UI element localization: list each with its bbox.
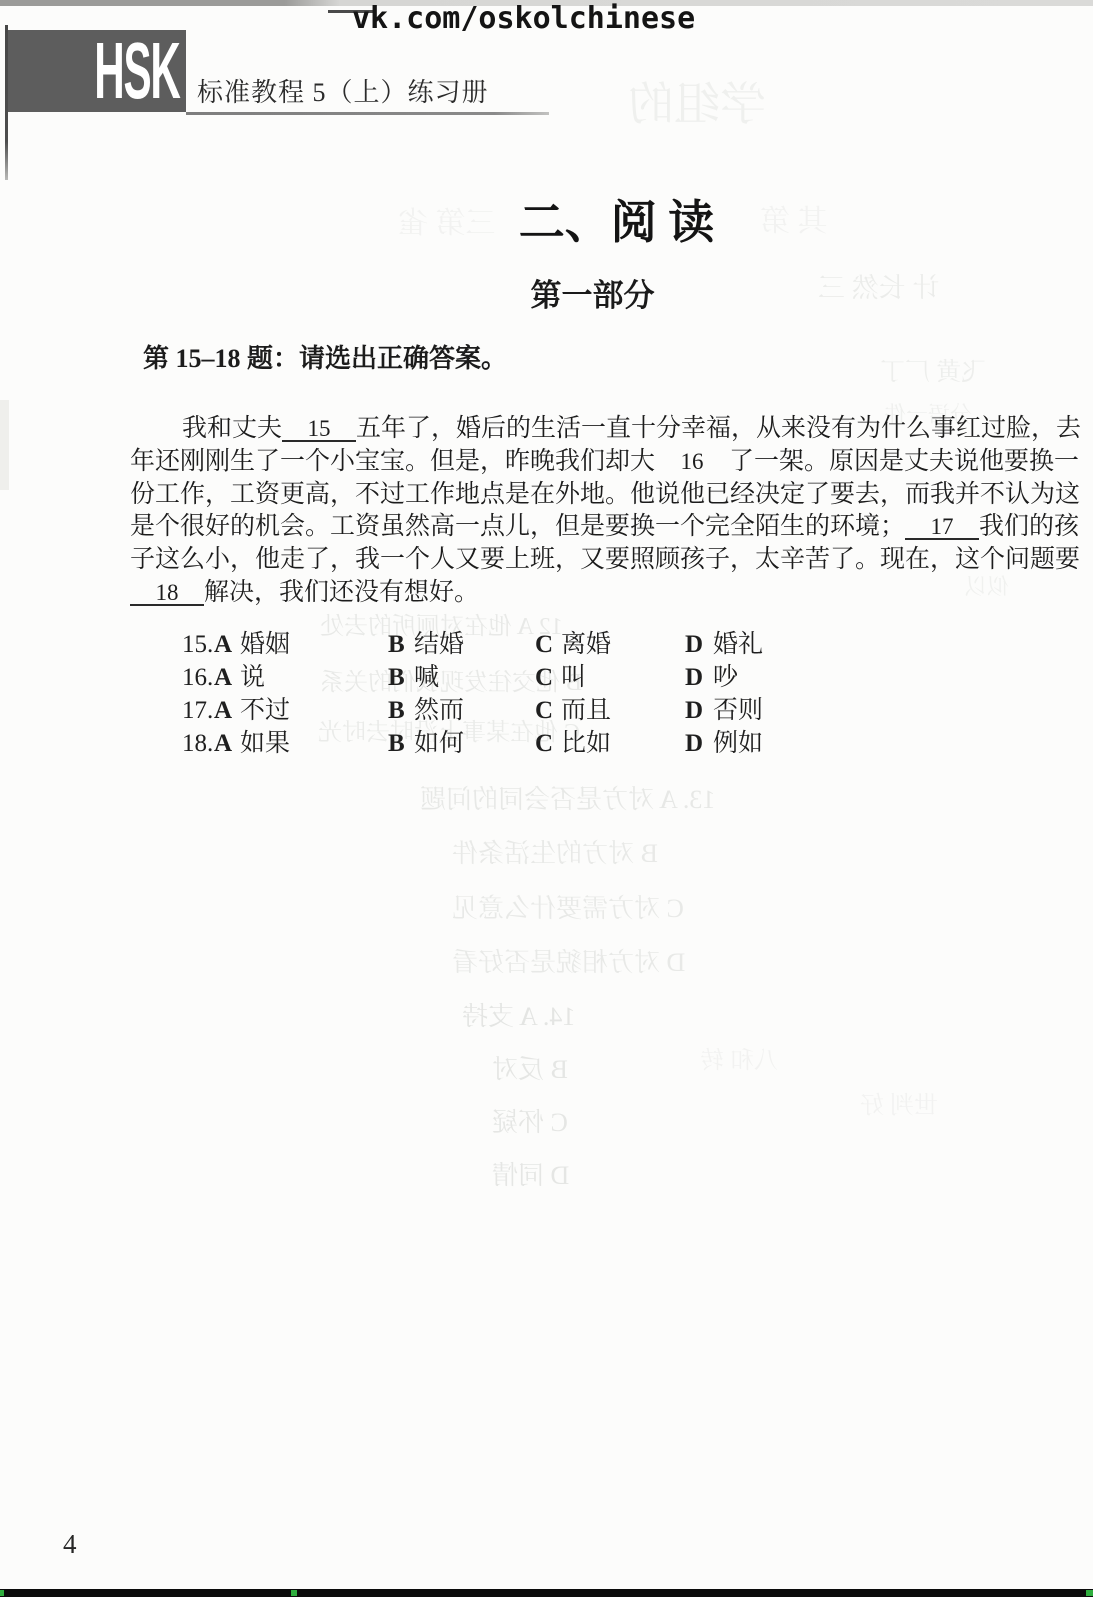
choice-letter-c: C: [535, 727, 553, 760]
choice-text: 例如: [713, 727, 763, 760]
choice-text: 否则: [713, 694, 763, 727]
passage-text: 了一架。原因是丈夫说他要换一: [729, 448, 1079, 475]
passage-text: 份工作，工资更高，不过工作地点是在外地。他说他已经决定了要去，而我并不认为这: [130, 481, 1080, 508]
bleed-through-text: 13. A 对方是否会同的问题: [420, 779, 715, 816]
choice-letter-d: D: [685, 628, 703, 661]
passage-text: 子这么小，他走了，我一个人又要上班，又要照顾孩子，太辛苦了。现在，这个问题要: [130, 546, 1080, 573]
choice-text: 结婚: [414, 628, 464, 661]
passage-text: 是个很好的机会。工资虽然高一点儿，但是要换一个完全陌生的环境；: [130, 513, 905, 540]
bleed-through-text: 飞黄 厂丁: [880, 352, 986, 388]
blank-15: 15: [282, 417, 356, 442]
choice-text: 喊: [414, 661, 439, 694]
section-title: 二、阅 读: [140, 186, 1093, 252]
passage-line: 子这么小，他走了，我一个人又要上班，又要照顾孩子，太辛苦了。现在，这个问题要: [130, 544, 1080, 577]
booklet-title: 标准教程 5（上）练习册: [197, 72, 489, 109]
option-row-15: 15. A 婚姻 B 结婚 C 离婚 D 婚礼: [182, 628, 882, 661]
bleed-through-text: 世判 好: [860, 1085, 938, 1120]
passage-line: 我和丈夫15五年了，婚后的生活一直十分幸福，从来没有为什么事红过脸，去: [130, 413, 1080, 446]
blank-16: 16: [655, 450, 729, 473]
choice-letter-d: D: [685, 727, 703, 760]
passage-text: 我和丈夫: [182, 415, 282, 442]
bleed-through-text: C 怀疑: [492, 1102, 568, 1139]
passage: 我和丈夫15五年了，婚后的生活一直十分幸福，从来没有为什么事红过脸，去年还刚刚生…: [130, 413, 1080, 610]
bleed-through-text: 14. A 支持: [462, 996, 575, 1033]
scan-smudge: [0, 400, 9, 490]
instruction-text: 第 15–18 题：请选出正确答案。: [143, 338, 507, 375]
passage-line: 份工作，工资更高，不过工作地点是在外地。他说他已经决定了要去，而我并不认为这: [130, 479, 1080, 512]
choice-letter-c: C: [535, 694, 553, 727]
choice-text: 比如: [561, 727, 611, 760]
blank-17: 17: [905, 515, 979, 540]
question-number: 18.: [182, 727, 213, 760]
choice-text: 说: [240, 661, 265, 694]
choice-text: 离婚: [561, 628, 611, 661]
option-row-17: 17. A 不过 B 然而 C 而且 D 否则: [182, 694, 882, 727]
bleed-through-text: 八和 转: [700, 1040, 778, 1075]
passage-text: 五年了，婚后的生活一直十分幸福，从来没有为什么事红过脸，去: [356, 415, 1081, 442]
passage-line: 18解决，我们还没有想好。: [130, 577, 1080, 610]
choice-text: 然而: [414, 694, 464, 727]
choice-letter-a: A: [214, 727, 232, 760]
passage-text: 年还刚刚生了一个小宝宝。但是，昨晚我们却大: [130, 448, 655, 475]
passage-text: 我们的孩: [979, 513, 1079, 540]
passage-line: 是个很好的机会。工资虽然高一点儿，但是要换一个完全陌生的环境；17我们的孩: [130, 511, 1080, 544]
bleed-through-text: D 同情: [492, 1155, 569, 1192]
scan-color-artifact: [291, 1590, 297, 1596]
choice-text: 婚姻: [240, 628, 290, 661]
question-number: 17.: [182, 694, 213, 727]
scan-color-artifact: [1086, 1590, 1093, 1596]
passage-line: 年还刚刚生了一个小宝宝。但是，昨晚我们却大16了一架。原因是丈夫说他要换一: [130, 446, 1080, 479]
choice-text: 而且: [561, 694, 611, 727]
bleed-through-text: D 对方相貌是否好看: [452, 942, 685, 979]
question-number: 16.: [182, 661, 213, 694]
choice-text: 叫: [561, 661, 586, 694]
scan-bottom-edge: [0, 1589, 1093, 1597]
bleed-through-text: B 对方的生活条件: [452, 833, 658, 870]
choice-letter-a: A: [214, 661, 232, 694]
options-table: 15. A 婚姻 B 结婚 C 离婚 D 婚礼 16. A 说 B 喊 C 叫 …: [182, 628, 882, 760]
hsk-logo-text: HSK: [95, 31, 180, 111]
watermark-url: vk.com/oskolchinese: [352, 1, 695, 36]
choice-letter-b: B: [388, 628, 405, 661]
part-title: 第一部分: [92, 270, 1093, 315]
blank-18: 18: [130, 581, 204, 606]
choice-text: 不过: [240, 694, 290, 727]
choice-letter-a: A: [214, 694, 232, 727]
choice-letter-a: A: [214, 628, 232, 661]
bleed-through-text: 学组的: [628, 68, 766, 134]
hsk-logo: HSK: [8, 30, 186, 112]
scan-color-artifact: [0, 1590, 4, 1596]
bleed-through-text: B 反对: [492, 1049, 568, 1086]
choice-letter-c: C: [535, 628, 553, 661]
choice-text: 吵: [713, 661, 738, 694]
choice-text: 如何: [414, 727, 464, 760]
option-row-16: 16. A 说 B 喊 C 叫 D 吵: [182, 661, 882, 694]
scanned-workbook-page: vk.com/oskolchinese HSK 标准教程 5（上）练习册 二、阅…: [0, 0, 1093, 1597]
header-underline: [186, 112, 549, 115]
passage-text: 解决，我们还没有想好。: [204, 579, 479, 606]
choice-letter-d: D: [685, 661, 703, 694]
page-number: 4: [63, 1529, 77, 1560]
choice-text: 如果: [240, 727, 290, 760]
choice-letter-c: C: [535, 661, 553, 694]
bleed-through-text: C 对方需要什么意见: [452, 888, 684, 925]
choice-letter-b: B: [388, 727, 405, 760]
choice-letter-b: B: [388, 694, 405, 727]
choice-text: 婚礼: [713, 628, 763, 661]
question-number: 15.: [182, 628, 213, 661]
choice-letter-b: B: [388, 661, 405, 694]
choice-letter-d: D: [685, 694, 703, 727]
option-row-18: 18. A 如果 B 如何 C 比如 D 例如: [182, 727, 882, 760]
